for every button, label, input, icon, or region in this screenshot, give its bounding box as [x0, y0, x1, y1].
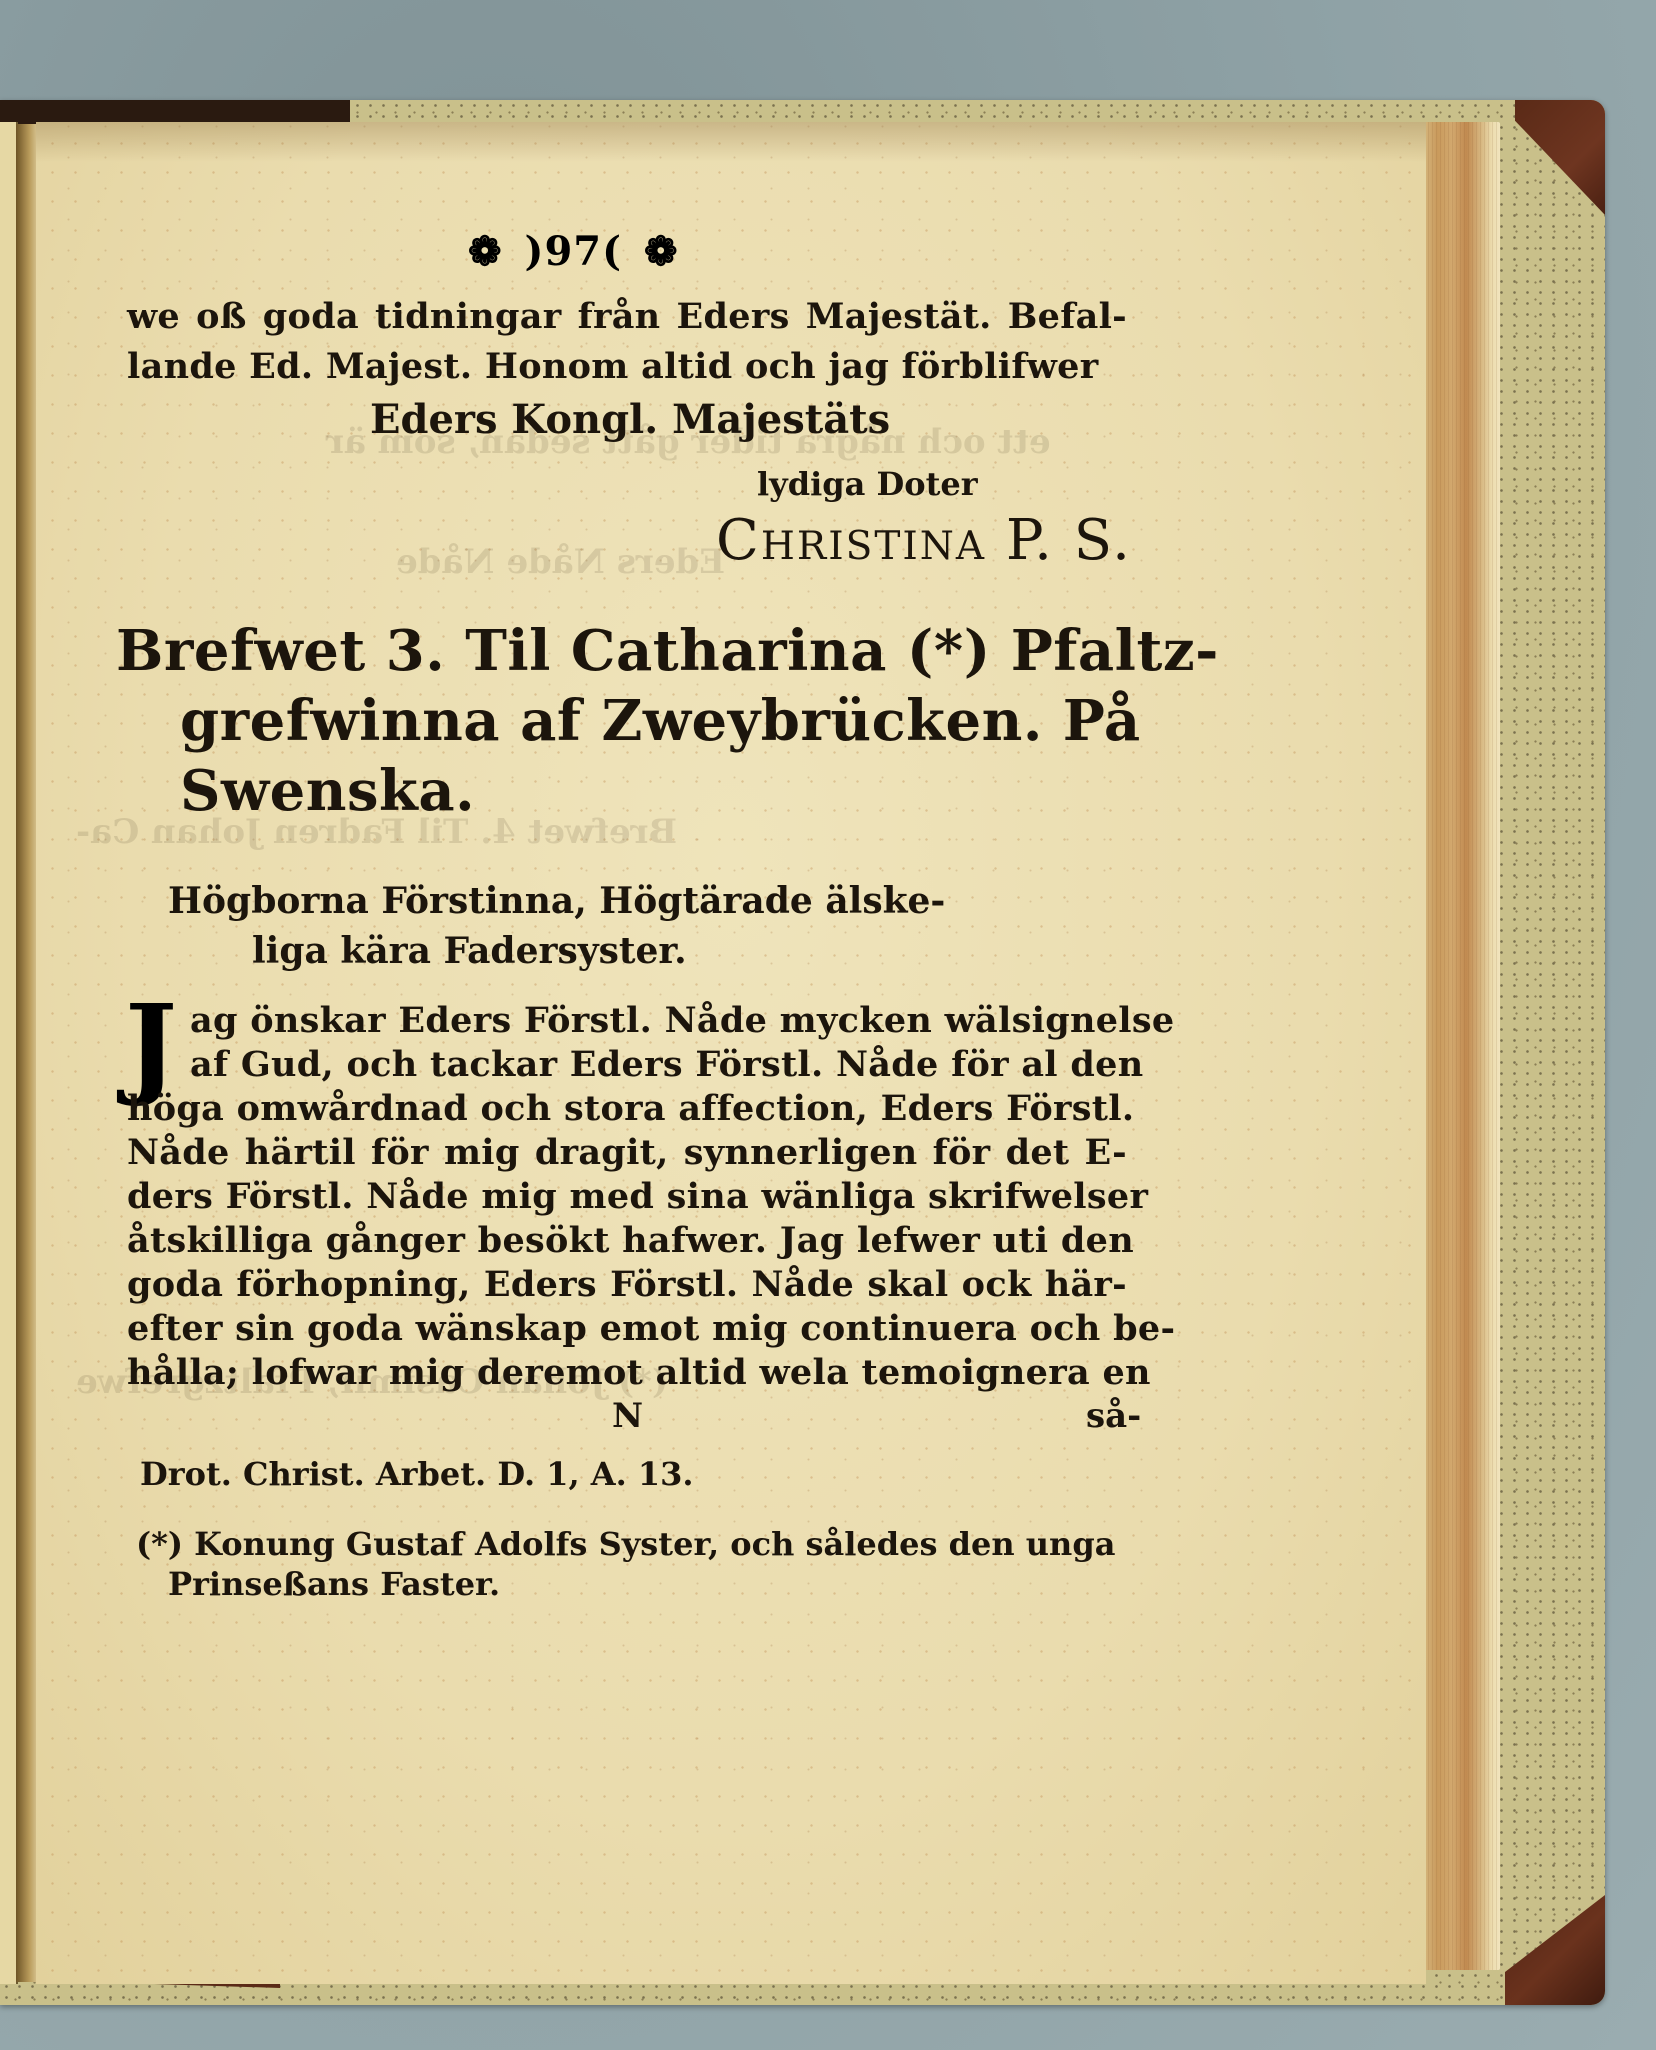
source-note: Drot. Christ. Arbet. D. 1, A. 13.: [140, 1455, 694, 1493]
footnote-line: Prinseßans Faster.: [168, 1565, 500, 1603]
body-line: Nåde härtil för mig dragit, synnerligen …: [127, 1132, 1127, 1173]
closing-subscription: lydiga Doter: [757, 465, 978, 503]
body-line: af Gud, och tackar Eders Förstl. Nåde fö…: [190, 1044, 1127, 1085]
body-line-text: goda förhopning, Eders Förstl. Nåde skal…: [127, 1264, 1127, 1305]
letter-heading-line: Brefwet 3. Til Catharina (*) Pfaltz-: [116, 618, 1132, 684]
body-line-text: ders Förstl. Nåde mig med sina wänliga s…: [127, 1176, 1127, 1217]
body-line-text: ag önskar Eders Förstl. Nåde mycken wäls…: [190, 1000, 1127, 1041]
salutation-line: liga kära Fadersyster.: [252, 930, 687, 972]
page-block-edges: [1420, 122, 1500, 1970]
signature-mark: N: [612, 1396, 643, 1436]
body-line: efter sin goda wänskap emot mig continue…: [127, 1308, 1127, 1349]
closing-line-text: we oß goda tidningar från Eders Majestät…: [127, 296, 1127, 337]
letter-heading-text: Brefwet 3. Til Catharina (*) Pfaltz-: [116, 618, 1132, 684]
body-line: höga omwårdnad och stora affection, Eder…: [127, 1088, 1127, 1129]
body-line: ag önskar Eders Förstl. Nåde mycken wäls…: [190, 1000, 1127, 1041]
closing-formula: Eders Kongl. Majestäts: [370, 396, 890, 443]
body-line-text: Nåde härtil för mig dragit, synnerligen …: [127, 1132, 1127, 1173]
bleed-through-text: Eders Nåde Nåde: [396, 542, 725, 582]
closing-line: lande Ed. Majest. Honom altid och jag fö…: [127, 346, 1098, 387]
letter-heading-text: grefwinna af Zweybrücken. På: [180, 688, 1132, 754]
flower-ornament-icon: ❁: [644, 232, 679, 272]
body-line: åtskilliga gånger besökt hafwer. Jag lef…: [127, 1220, 1127, 1261]
body-line-text: efter sin goda wänskap emot mig continue…: [127, 1308, 1127, 1349]
letter-heading-line: grefwinna af Zweybrücken. På: [180, 688, 1132, 754]
drop-cap: J: [125, 990, 177, 1100]
letter-heading-line: Swenska.: [180, 758, 475, 824]
signature-name: Christina P. S.: [716, 508, 1132, 573]
body-line: goda förhopning, Eders Förstl. Nåde skal…: [127, 1264, 1127, 1305]
footnote-line: (*) Konung Gustaf Adolfs Syster, och sål…: [136, 1525, 1115, 1563]
running-header: ❁ )97( ❁: [468, 228, 679, 275]
catchword: så-: [1086, 1396, 1141, 1436]
body-line: hålla; lofwar mig deremot altid wela tem…: [127, 1352, 1127, 1393]
body-line-text: höga omwårdnad och stora affection, Eder…: [127, 1088, 1127, 1129]
closing-line: we oß goda tidningar från Eders Majestät…: [127, 296, 1127, 337]
book-gutter: [16, 124, 38, 1982]
body-line-text: åtskilliga gånger besökt hafwer. Jag lef…: [127, 1220, 1127, 1261]
salutation-line: Högborna Förstinna, Högtärade älske-: [168, 880, 945, 922]
page-number: )97(: [525, 228, 623, 275]
body-line-text: hålla; lofwar mig deremot altid wela tem…: [127, 1352, 1127, 1393]
body-line: ders Förstl. Nåde mig med sina wänliga s…: [127, 1176, 1127, 1217]
body-line-text: af Gud, och tackar Eders Förstl. Nåde fö…: [190, 1044, 1127, 1085]
flower-ornament-icon: ❁: [468, 232, 503, 272]
